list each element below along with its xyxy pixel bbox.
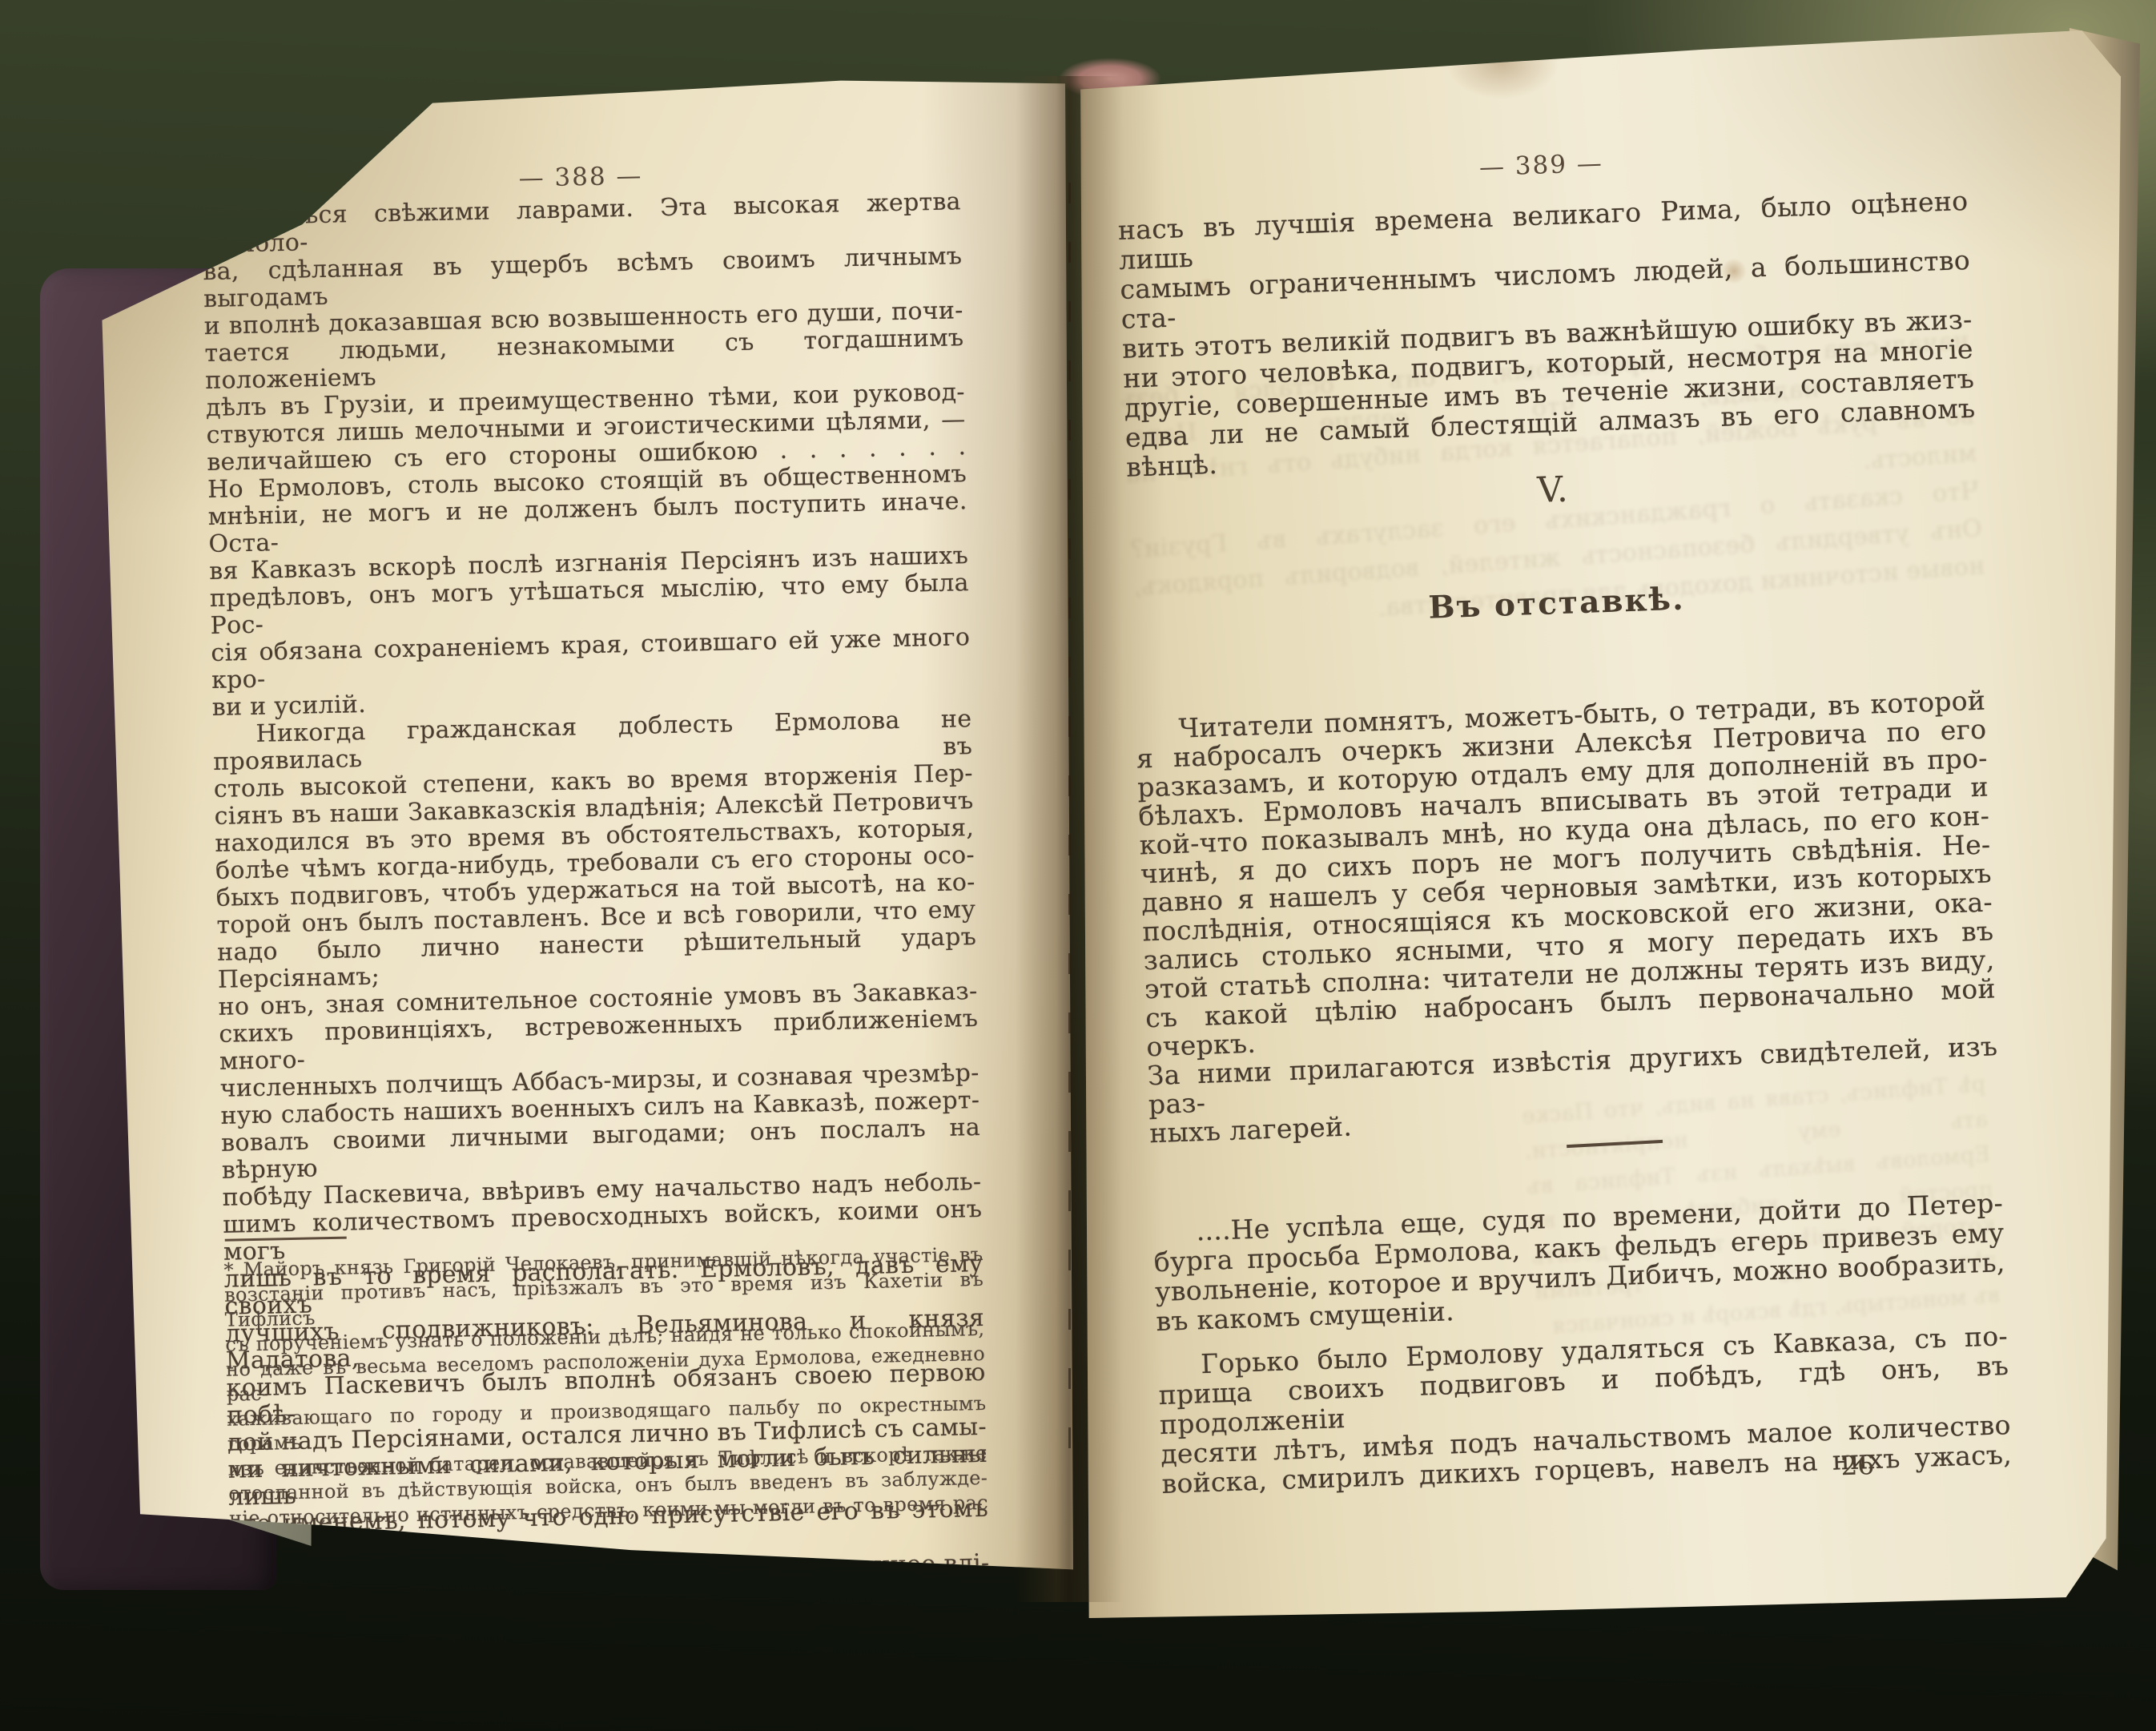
page-389-text-block: начальства безъ прекословія, онъ остался… bbox=[1112, 10, 2017, 1632]
page-388-text-block: — 388 — украситься свѣжими лаврами. Эта … bbox=[199, 68, 990, 1581]
page-389: начальства безъ прекословія, онъ остался… bbox=[1070, 24, 2124, 1618]
footnote-text: * Майоръ князь Григорій Челокаевъ, прини… bbox=[223, 1242, 989, 1556]
printer-signature-mark: 26 bbox=[1840, 1449, 1875, 1481]
paragraph-gorko: Горько было Ермолову удаляться съ Кавказ… bbox=[1157, 1321, 2013, 1499]
photo-background: — 388 — украситься свѣжими лаврами. Эта … bbox=[0, 0, 2156, 1731]
paragraph-notebook: Читатели помнятъ, можетъ-быть, о тетради… bbox=[1135, 686, 2000, 1149]
page-388: — 388 — украситься свѣжими лаврами. Эта … bbox=[80, 76, 1081, 1574]
page-number-389: — 389 — bbox=[1116, 136, 1967, 195]
book-gutter-shadow bbox=[1016, 76, 1123, 1602]
paragraph-continuation: насъ въ лучшія времена великаго Рима, бы… bbox=[1117, 186, 1977, 482]
